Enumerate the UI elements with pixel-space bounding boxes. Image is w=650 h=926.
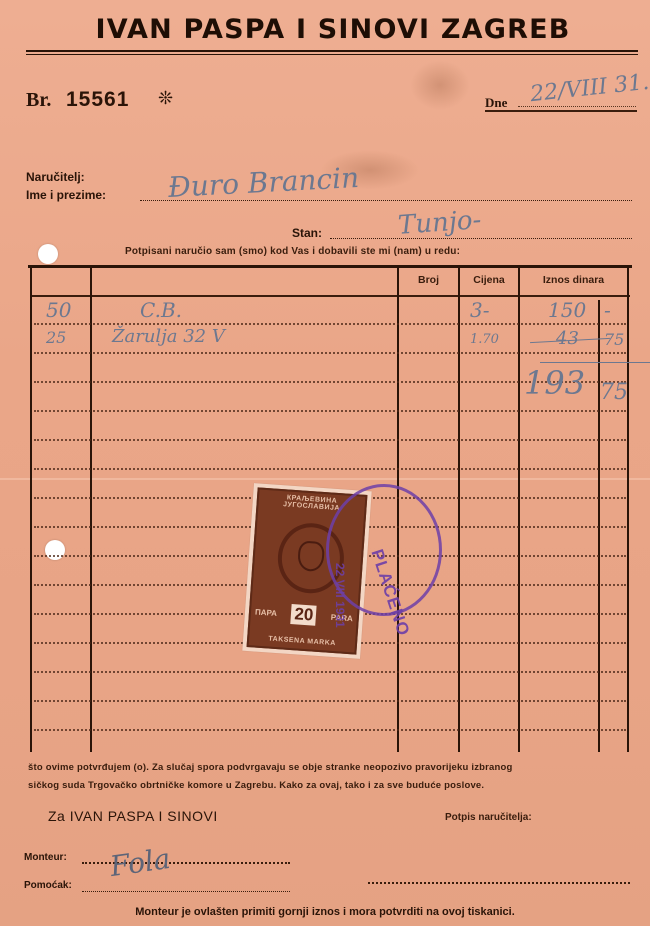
row1-qty[interactable]: 50 [46, 298, 71, 322]
table-top-rule [28, 265, 632, 268]
table-column-line [458, 267, 460, 752]
name-field[interactable]: Đuro Brancin [167, 161, 360, 204]
invoice-number-label: Br. [26, 89, 51, 112]
row1-para[interactable]: - [604, 298, 611, 322]
helper-field-line [82, 891, 290, 892]
row1-item[interactable]: C.B. [140, 298, 182, 322]
date-rule [485, 110, 637, 112]
residence-field[interactable]: Tunjo- [397, 205, 482, 241]
date-label: Dne [485, 95, 507, 111]
date-field[interactable]: 22/VIII 31. [529, 70, 650, 107]
terms-line-1: što ovime potvrđujem (o). Za slučaj spor… [28, 762, 513, 773]
title-rule [26, 54, 638, 55]
column-header-iznos: Iznos dinara [520, 274, 627, 286]
customer-signature-label: Potpis naručitelja: [445, 812, 532, 823]
paper-fold [0, 478, 650, 480]
ornament-icon: ❊ [158, 88, 173, 109]
company-title: IVAN PASPA I SINOVI ZAGREB [28, 14, 638, 45]
paper-stain [410, 60, 470, 110]
helper-label: Pomoćak: [24, 880, 72, 891]
row2-item[interactable]: Žarulja 32 V [112, 326, 225, 347]
sum-line [540, 362, 650, 363]
invoice-number: 15561 [66, 88, 129, 112]
row2-para[interactable]: 75 [604, 330, 624, 349]
stamp-bottom-text: TAKSENA MARKA [249, 634, 355, 648]
table-header-rule [30, 295, 630, 297]
total-para[interactable]: 75 [600, 380, 628, 405]
name-label: Ime i prezime: [26, 188, 106, 202]
terms-line-2: sičkog suda Trgovačko obrtničke komore u… [28, 780, 484, 791]
row2-amount[interactable]: 43 [556, 328, 579, 349]
title-rule [26, 50, 638, 52]
table-column-line [518, 267, 520, 752]
punch-hole [45, 540, 65, 560]
customer-signature-line[interactable] [368, 882, 630, 884]
table-column-line [627, 267, 629, 752]
table-column-line [30, 267, 32, 752]
footer-note: Monteur je ovlašten primiti gornji iznos… [0, 906, 650, 918]
punch-hole [38, 244, 58, 264]
row1-price[interactable]: 3- [470, 298, 489, 322]
row2-price[interactable]: 1.70 [470, 332, 499, 347]
fitter-signature[interactable]: Fola [108, 842, 172, 883]
total-amount[interactable]: 193 [524, 364, 585, 402]
fitter-label: Monteur: [24, 852, 67, 863]
stamp-unit-left: ПАРА [255, 607, 278, 618]
order-statement: Potpisani naručio sam (smo) kod Vas i do… [125, 246, 460, 257]
row1-amount[interactable]: 150 [548, 298, 586, 322]
column-header-broj: Broj [399, 274, 458, 286]
residence-field-line [330, 238, 632, 239]
stamp-value: 20 [291, 604, 317, 626]
paid-stamp-date: 22 VIII 1931 [333, 563, 347, 628]
company-signature-label: Za IVAN PASPA I SINOVI [48, 808, 218, 824]
orderer-label: Naručitelj: [26, 170, 85, 184]
residence-label: Stan: [292, 226, 322, 240]
column-header-cijena: Cijena [460, 274, 518, 286]
table-column-line [90, 267, 92, 752]
row2-qty[interactable]: 25 [46, 328, 66, 347]
